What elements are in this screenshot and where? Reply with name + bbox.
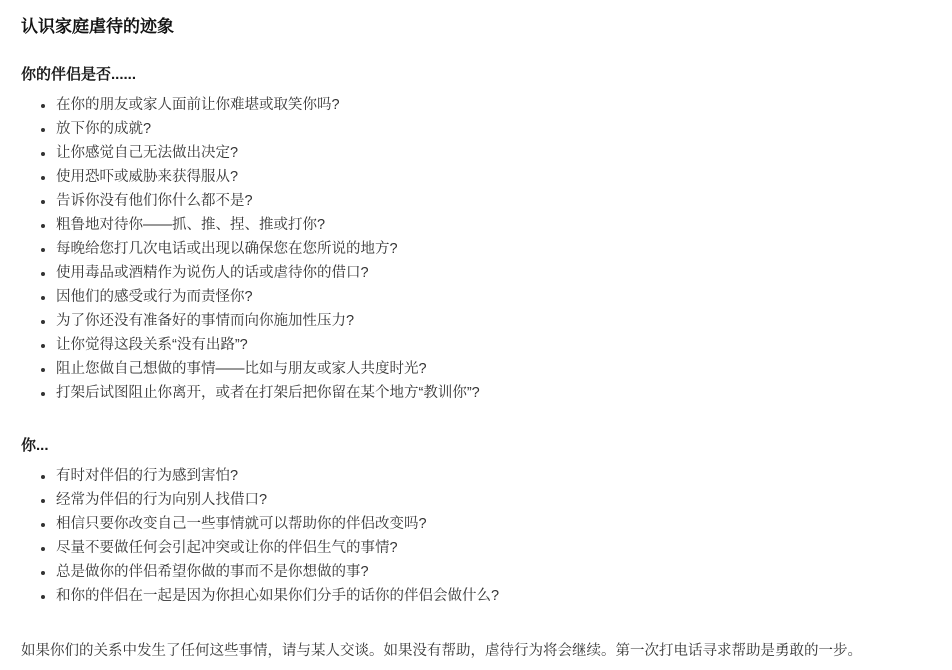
- partner-question-list: 在你的朋友或家人面前让你难堪或取笑你吗? 放下你的成就? 让你感觉自己无法做出决…: [21, 93, 931, 405]
- list-item: 让你感觉自己无法做出决定?: [55, 141, 931, 165]
- section-heading-partner: 你的伴侣是否......: [21, 65, 931, 84]
- list-item: 打架后试图阻止你离开，或者在打架后把你留在某个地方“教训你”?: [55, 381, 931, 405]
- list-item: 为了你还没有准备好的事情而向你施加性压力?: [55, 309, 931, 333]
- list-item: 经常为伴侣的行为向别人找借口?: [55, 488, 931, 512]
- list-item: 有时对伴侣的行为感到害怕?: [55, 464, 931, 488]
- list-item: 每晚给您打几次电话或出现以确保您在您所说的地方?: [55, 237, 931, 261]
- document-page: { "page": { "title": "认识家庭虐待的迹象", "secti…: [0, 0, 952, 670]
- list-item: 使用恐吓或威胁来获得服从?: [55, 165, 931, 189]
- list-item: 相信只要你改变自己一些事情就可以帮助你的伴侣改变吗?: [55, 512, 931, 536]
- list-item: 让你觉得这段关系“没有出路”?: [55, 333, 931, 357]
- page-title: 认识家庭虐待的迹象: [21, 16, 931, 38]
- closing-paragraph: 如果你们的关系中发生了任何这些事情，请与某人交谈。如果没有帮助，虐待行为将会继续…: [21, 641, 931, 661]
- list-item: 尽量不要做任何会引起冲突或让你的伴侣生气的事情?: [55, 536, 931, 560]
- list-item: 在你的朋友或家人面前让你难堪或取笑你吗?: [55, 93, 931, 117]
- list-item: 使用毒品或酒精作为说伤人的话或虐待你的借口?: [55, 261, 931, 285]
- list-item: 因他们的感受或行为而责怪你?: [55, 285, 931, 309]
- list-item: 告诉你没有他们你什么都不是?: [55, 189, 931, 213]
- list-item: 放下你的成就?: [55, 117, 931, 141]
- list-item: 和你的伴侣在一起是因为你担心如果你们分手的话你的伴侣会做什么?: [55, 584, 931, 608]
- list-item: 阻止您做自己想做的事情——比如与朋友或家人共度时光?: [55, 357, 931, 381]
- you-question-list: 有时对伴侣的行为感到害怕? 经常为伴侣的行为向别人找借口? 相信只要你改变自己一…: [21, 464, 931, 608]
- list-item: 粗鲁地对待你——抓、推、捏、推或打你?: [55, 213, 931, 237]
- section-heading-you: 你...: [21, 436, 931, 455]
- list-item: 总是做你的伴侣希望你做的事而不是你想做的事?: [55, 560, 931, 584]
